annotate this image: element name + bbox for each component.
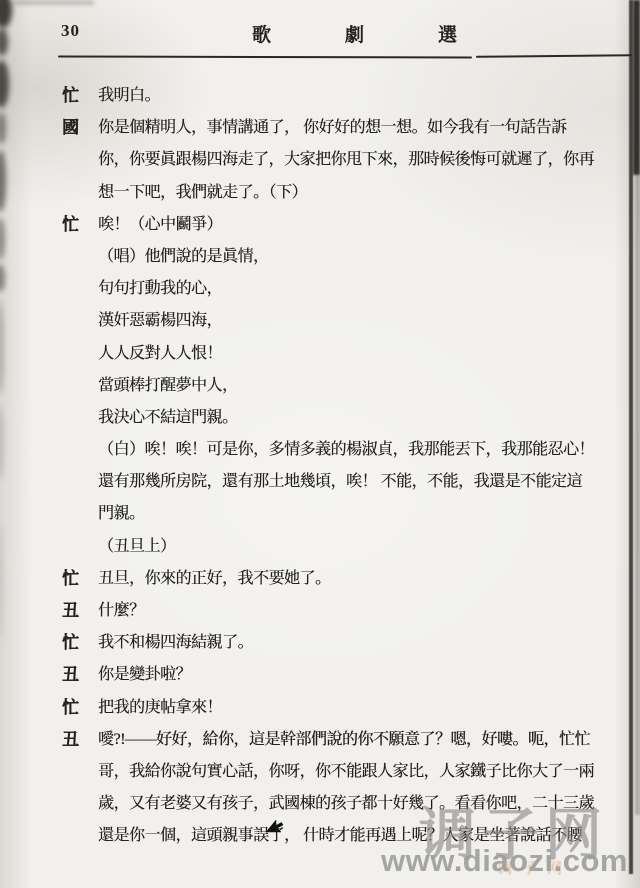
- script-line: 你，你要眞跟楊四海走了，大家把你甩下來，那時候後悔可就遲了，你再: [0, 144, 640, 176]
- speaker-label: 丑: [62, 595, 79, 627]
- line-text: 噯?!——好好，給你，這是幹部們說的你不願意了？嗯，好嘍。呃，忙忙: [98, 731, 590, 748]
- line-text: 你是個精明人，事情講通了， 你好好的想一想。如今我有一句話告訴: [98, 119, 567, 136]
- line-text: 我決心不結這門親。: [98, 409, 238, 426]
- line-text: 把我的庚帖拿來！: [98, 699, 222, 716]
- speaker-label: 忙: [62, 627, 79, 659]
- line-text: 人人反對人人恨！: [98, 345, 222, 362]
- speaker-label: 忙: [62, 209, 79, 241]
- script-line: 我決心不結這門親。: [0, 402, 640, 434]
- line-text: 哥，我給你說句實心話，你呀，你不能跟人家比，人家鐵子比你大了一兩: [98, 763, 594, 780]
- line-text: 當頭棒打醒夢中人，: [98, 377, 238, 394]
- line-text: （丑旦上）: [98, 538, 176, 555]
- script-line: 丑你是變卦啦？: [0, 659, 640, 691]
- line-text: 我明白。: [98, 87, 160, 104]
- script-line: 想一下吧，我們就走了。（下）: [0, 177, 640, 209]
- line-text: 唉！（心中鬬爭）: [98, 216, 222, 233]
- script-line: 人人反對人人恨！: [0, 338, 640, 370]
- speaker-label: 忙: [62, 80, 79, 112]
- line-text: 想一下吧，我們就走了。（下）: [98, 184, 307, 201]
- page-number: 30: [61, 21, 80, 41]
- line-text: 門親。: [98, 505, 145, 522]
- speaker-label: 忙: [62, 692, 79, 724]
- header-rule: [476, 54, 632, 58]
- script-line: 門親。: [0, 498, 640, 530]
- scan-ink-blob: [0, 28, 8, 56]
- script-line: 丑噯?!——好好，給你，這是幹部們說的你不願意了？嗯，好嘍。呃，忙忙: [0, 724, 640, 756]
- script-line: 忙唉！（心中鬬爭）: [0, 209, 640, 241]
- script-line: 忙丑旦，你來的正好，我不要她了。: [0, 563, 640, 595]
- running-title: 歌劇選: [252, 20, 531, 47]
- script-line: 忙把我的庚帖拿來！: [0, 692, 640, 724]
- script-line: 忙我明白。: [0, 80, 640, 112]
- scan-ink-blob: [0, 0, 12, 28]
- watermark-site-url: www.diaozi.com: [381, 843, 628, 879]
- script-line: 哥，我給你說句實心話，你呀，你不能跟人家比，人家鐵子比你大了一兩: [0, 756, 640, 788]
- script-body: 忙我明白。 國你是個精明人，事情講通了， 你好好的想一想。如今我有一句話告訴 你…: [0, 80, 640, 853]
- script-line: （唱）他們說的是眞情，: [0, 241, 640, 273]
- line-text: 丑旦，你來的正好，我不要她了。: [98, 570, 331, 587]
- line-text: 你是變卦啦？: [98, 666, 191, 683]
- header-rule: [58, 55, 472, 58]
- speaker-label: 國: [62, 112, 79, 144]
- line-text: 我不和楊四海結親了。: [98, 634, 253, 651]
- line-text: 還有那幾所房院，還有那土地幾頃，唉！ 不能，不能，我還是不能定這: [98, 473, 582, 490]
- line-text: 什麼？: [98, 602, 145, 619]
- line-text: （白）唉！唉！可是你，多情多義的楊淑貞，我那能丟下，我那能忍心！: [98, 441, 594, 458]
- speaker-label: 忙: [62, 563, 79, 595]
- script-line: 忙我不和楊四海結親了。: [0, 627, 640, 659]
- speaker-label: 丑: [62, 659, 79, 691]
- script-line: （丑旦上）: [0, 531, 640, 563]
- mouse-cursor-icon: [265, 815, 284, 834]
- script-line: 漢奸惡霸楊四海，: [0, 305, 640, 337]
- script-line: 還有那幾所房院，還有那土地幾頃，唉！ 不能，不能，我還是不能定這: [0, 466, 640, 498]
- script-line: 國你是個精明人，事情講通了， 你好好的想一想。如今我有一句話告訴: [0, 112, 640, 144]
- line-text: 漢奸惡霸楊四海，: [98, 312, 222, 329]
- line-text: 你，你要眞跟楊四海走了，大家把你甩下來，那時候後悔可就遲了，你再: [98, 151, 594, 168]
- script-line: （白）唉！唉！可是你，多情多義的楊淑貞，我那能丟下，我那能忍心！: [0, 434, 640, 466]
- speaker-label: 丑: [62, 724, 79, 756]
- scan-dust: [14, 0, 94, 5]
- script-line: 當頭棒打醒夢中人，: [0, 370, 640, 402]
- line-text: 句句打動我的心，: [98, 280, 222, 297]
- script-line: 句句打動我的心，: [0, 273, 640, 305]
- line-text: （唱）他們說的是眞情，: [98, 248, 269, 265]
- scanned-book-page: 30 歌劇選 忙我明白。 國你是個精明人，事情講通了， 你好好的想一想。如今我有…: [0, 0, 640, 888]
- script-line: 丑什麼？: [0, 595, 640, 627]
